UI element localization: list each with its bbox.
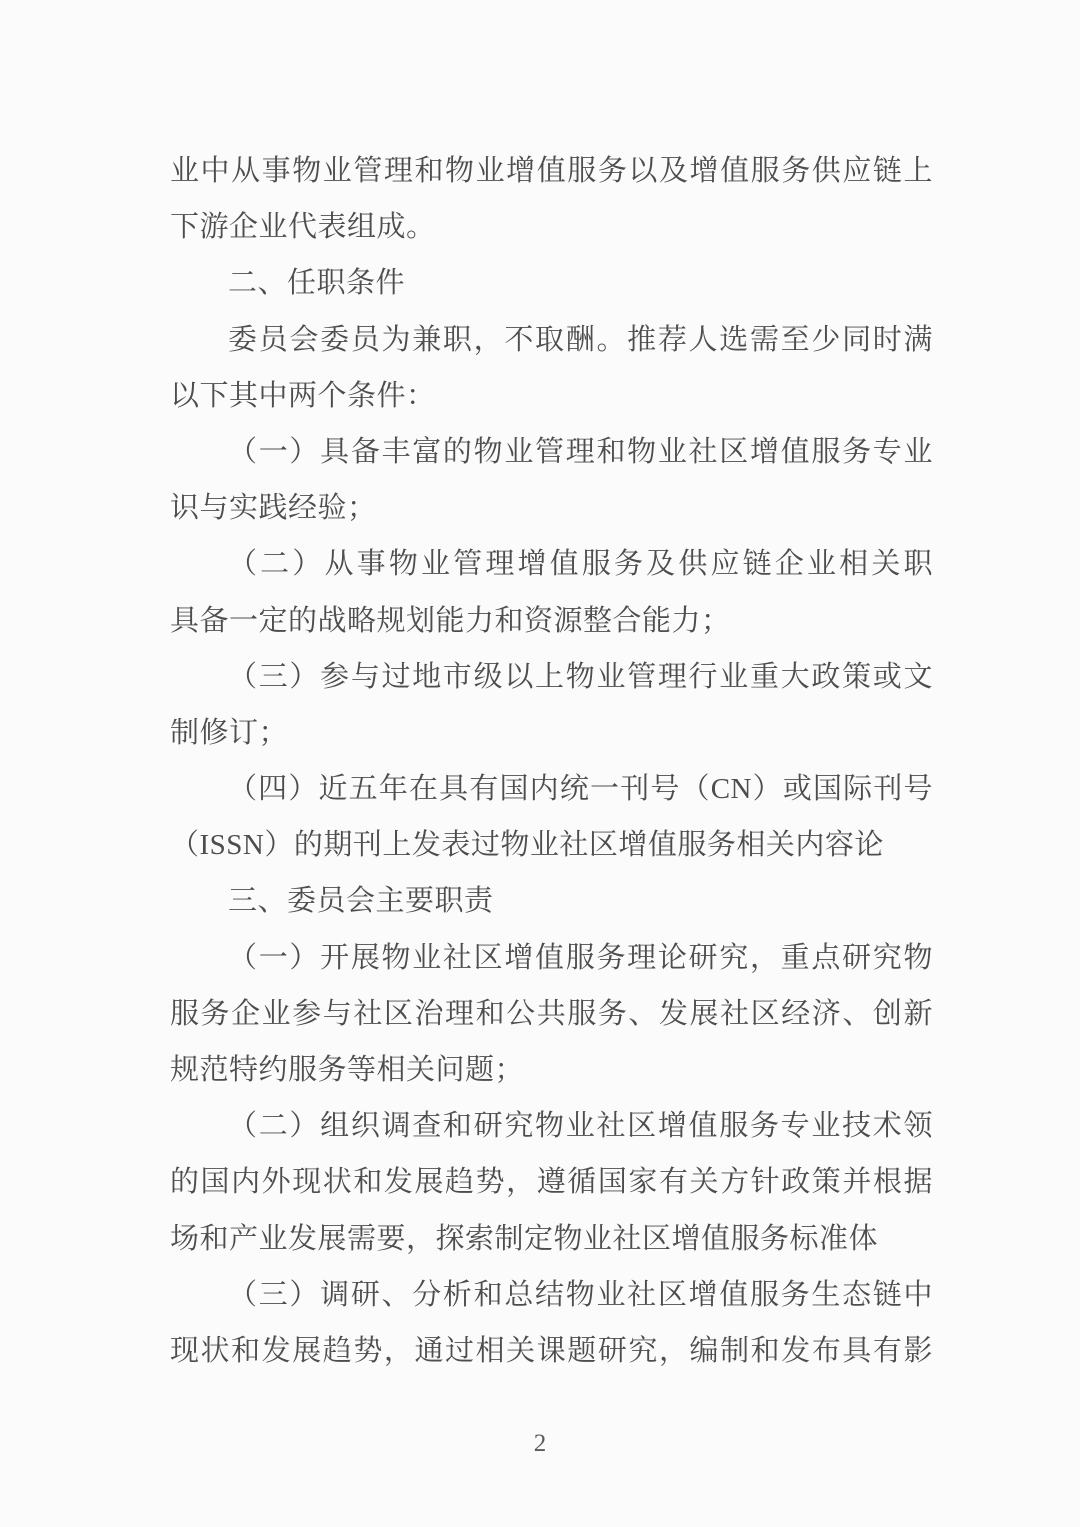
paragraph: 委员会委员为兼职，不取酬。推荐人选需至少同时满足 以下其中两个条件： <box>170 312 933 424</box>
text-line: 具备一定的战略规划能力和资源整合能力； <box>170 593 933 649</box>
text-line: 现状和发展趋势，通过相关课题研究，编制和发布具有影响 <box>170 1323 933 1379</box>
numbered-item: （一）开展物业社区增值服务理论研究，重点研究物业 服务企业参与社区治理和公共服务… <box>170 930 933 1099</box>
page-number: 2 <box>0 1424 1080 1464</box>
text-line: （三）参与过地市级以上物业管理行业重大政策或文件 <box>170 649 933 705</box>
heading-line: 三、委员会主要职责 <box>170 873 933 929</box>
text-line: （一）开展物业社区增值服务理论研究，重点研究物业 <box>170 930 933 986</box>
numbered-item: （二）从事物业管理增值服务及供应链企业相关职业， 具备一定的战略规划能力和资源整… <box>170 536 933 648</box>
text-line: （四）近五年在具有国内统一刊号（CN）或国际刊号 <box>170 761 933 817</box>
text-line: 制修订； <box>170 705 933 761</box>
text-line: 服务企业参与社区治理和公共服务、发展社区经济、创新和 <box>170 986 933 1042</box>
text-line: 的国内外现状和发展趋势，遵循国家有关方针政策并根据市 <box>170 1154 933 1210</box>
document-body: 业中从事物业管理和物业增值服务以及增值服务供应链上 下游企业代表组成。 二、任职… <box>170 143 933 1379</box>
text-line: 规范特约服务等相关问题； <box>170 1042 933 1098</box>
text-line: （三）调研、分析和总结物业社区增值服务生态链中的 <box>170 1267 933 1323</box>
numbered-item: （四）近五年在具有国内统一刊号（CN）或国际刊号 （ISSN）的期刊上发表过物业… <box>170 761 933 873</box>
numbered-item: （三）参与过地市级以上物业管理行业重大政策或文件 制修订； <box>170 649 933 761</box>
text-line: 下游企业代表组成。 <box>170 199 933 255</box>
numbered-item: （三）调研、分析和总结物业社区增值服务生态链中的 现状和发展趋势，通过相关课题研… <box>170 1267 933 1379</box>
text-line: 以下其中两个条件： <box>170 368 933 424</box>
text-line: 委员会委员为兼职，不取酬。推荐人选需至少同时满足 <box>170 312 933 368</box>
text-line: 业中从事物业管理和物业增值服务以及增值服务供应链上 <box>170 143 933 199</box>
section-heading: 三、委员会主要职责 <box>170 873 933 929</box>
text-line: （ISSN）的期刊上发表过物业社区增值服务相关内容论文。 <box>170 817 933 873</box>
text-line: （一）具备丰富的物业管理和物业社区增值服务专业知 <box>170 424 933 480</box>
text-line: 识与实践经验； <box>170 480 933 536</box>
numbered-item: （二）组织调查和研究物业社区增值服务专业技术领域 的国内外现状和发展趋势，遵循国… <box>170 1098 933 1267</box>
text-line: （二）组织调查和研究物业社区增值服务专业技术领域 <box>170 1098 933 1154</box>
section-heading: 二、任职条件 <box>170 255 933 311</box>
numbered-item: （一）具备丰富的物业管理和物业社区增值服务专业知 识与实践经验； <box>170 424 933 536</box>
document-page: 业中从事物业管理和物业增值服务以及增值服务供应链上 下游企业代表组成。 二、任职… <box>0 0 1080 1527</box>
paragraph-continuation: 业中从事物业管理和物业增值服务以及增值服务供应链上 下游企业代表组成。 <box>170 143 933 255</box>
text-line: （二）从事物业管理增值服务及供应链企业相关职业， <box>170 536 933 592</box>
text-line: 场和产业发展需要，探索制定物业社区增值服务标准体系； <box>170 1211 933 1267</box>
heading-line: 二、任职条件 <box>170 255 933 311</box>
